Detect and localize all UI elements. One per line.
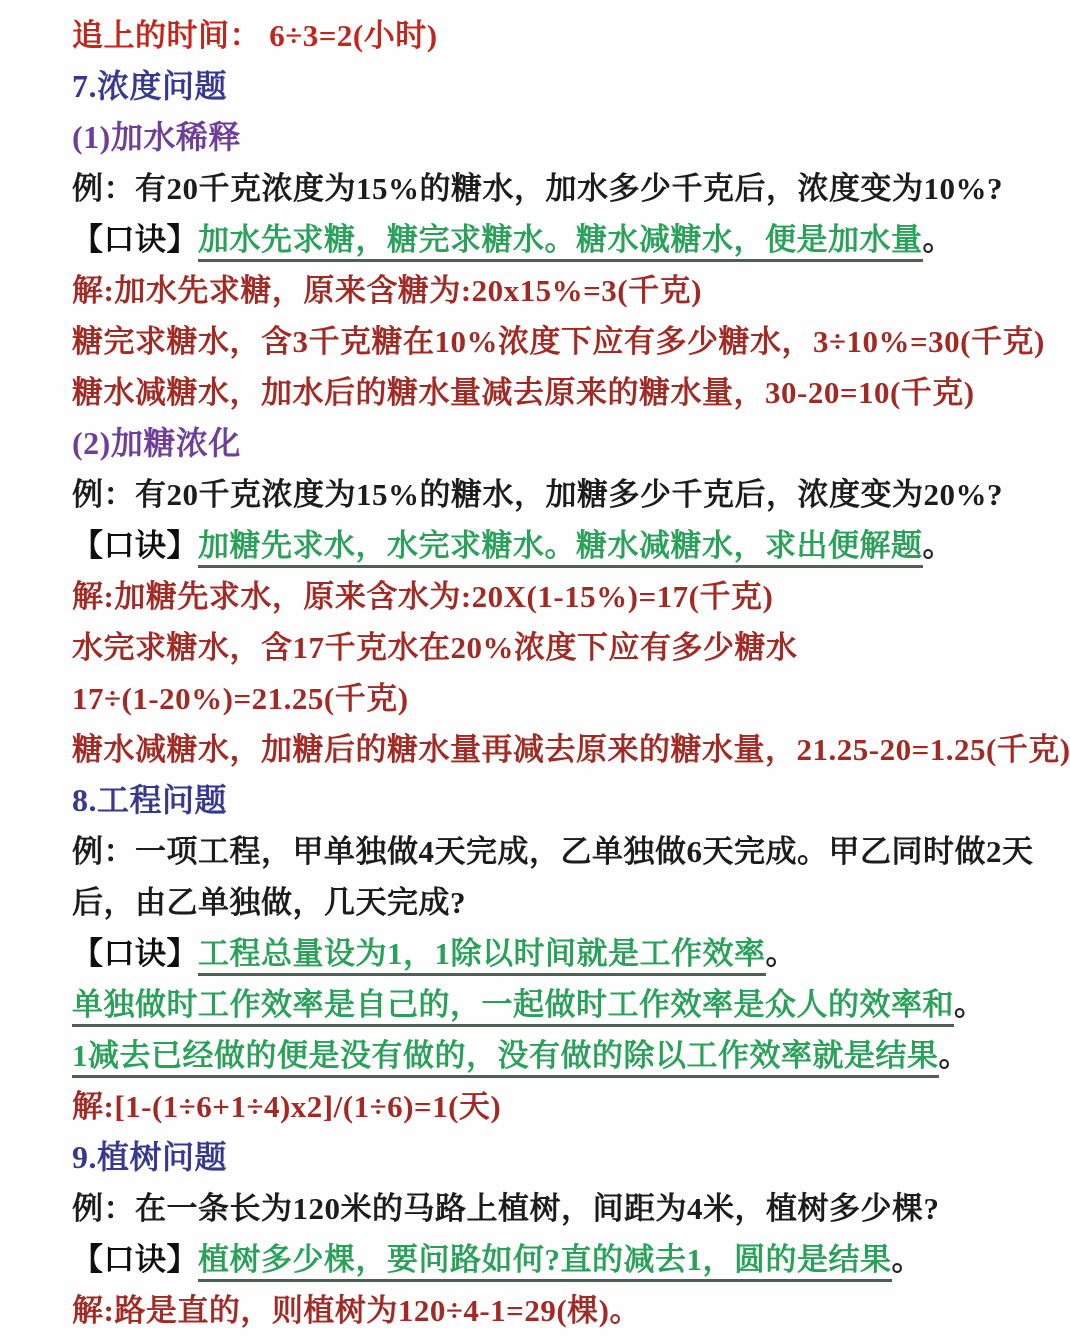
text-segment: 例：有20千克浓度为15%的糖水，加糖多少千克后，浓度变为20%? <box>72 477 1003 512</box>
text-segment: 7.浓度问题 <box>72 68 227 104</box>
section-9-heading: 9.植树问题 <box>72 1132 1015 1183</box>
mnemonic-engineering-1: 【口诀】工程总量设为1，1除以时间就是工作效率。 <box>72 928 1015 979</box>
example-engineering-line-1: 例：一项工程，甲单独做4天完成，乙单独做6天完成。甲乙同时做2天 <box>72 826 1015 877</box>
solution-concentration-3: 17÷(1-20%)=21.25(千克) <box>72 673 1015 724</box>
mnemonic-engineering-3: 1减去已经做的便是没有做的，没有做的除以工作效率就是结果。 <box>72 1030 1015 1081</box>
text-segment: 1减去已经做的便是没有做的，没有做的除以工作效率就是结果 <box>72 1038 939 1078</box>
text-segment: 【口诀】 <box>72 528 198 563</box>
text-segment: 追上的时间： 6÷3=2(小时) <box>72 18 438 53</box>
text-segment: 例：一项工程，甲单独做4天完成，乙单独做6天完成。甲乙同时做2天 <box>72 834 1034 869</box>
example-tree-planting: 例：在一条长为120米的马路上植树，间距为4米，植树多少棵? <box>72 1183 1015 1234</box>
chase-time-answer: 追上的时间： 6÷3=2(小时) <box>72 10 1015 61</box>
subsection-2-heading: (2)加糖浓化 <box>72 418 1015 469</box>
text-segment: 水完求糖水，含17千克水在20%浓度下应有多少糖水 <box>72 630 798 665</box>
text-segment: 解:加糖先求水，原来含水为:20X(1-15%)=17(千克) <box>72 579 773 614</box>
text-segment: 。 <box>923 528 955 563</box>
text-segment: 【口诀】 <box>72 1242 198 1277</box>
section-8-heading: 8.工程问题 <box>72 775 1015 826</box>
text-segment: 后，由乙单独做，几天完成? <box>72 885 466 920</box>
text-segment: 解:加水先求糖，原来含糖为:20x15%=3(千克) <box>72 273 702 308</box>
solution-concentration-2: 水完求糖水，含17千克水在20%浓度下应有多少糖水 <box>72 622 1015 673</box>
text-segment: 例：有20千克浓度为15%的糖水，加水多少千克后，浓度变为10%? <box>72 171 1003 206</box>
text-segment: 。 <box>892 1242 924 1277</box>
text-segment: 加水先求糖，糖完求糖水。糖水减糖水，便是加水量 <box>198 222 923 262</box>
text-segment: 17÷(1-20%)=21.25(千克) <box>72 681 409 716</box>
solution-tree-planting: 解:路是直的，则植树为120÷4-1=29(棵)。 <box>72 1285 1015 1336</box>
solution-concentration-4: 糖水减糖水，加糖后的糖水量再减去原来的糖水量，21.25-20=1.25(千克) <box>72 724 1015 775</box>
text-segment: 工程总量设为1，1除以时间就是工作效率 <box>198 936 766 976</box>
text-segment: 解:路是直的，则植树为120÷4-1=29(棵)。 <box>72 1293 641 1328</box>
text-segment: 【口诀】 <box>72 936 198 971</box>
mnemonic-tree-planting: 【口诀】植树多少棵，要问路如何?直的减去1，圆的是结果。 <box>72 1234 1015 1285</box>
text-segment: 【口诀】 <box>72 222 198 257</box>
mnemonic-dilution: 【口诀】加水先求糖，糖完求糖水。糖水减糖水，便是加水量。 <box>72 214 1015 265</box>
mnemonic-engineering-2: 单独做时工作效率是自己的，一起做时工作效率是众人的效率和。 <box>72 979 1015 1030</box>
study-notes-page: 追上的时间： 6÷3=2(小时)7.浓度问题(1)加水稀释例：有20千克浓度为1… <box>0 0 1070 1344</box>
example-dilution: 例：有20千克浓度为15%的糖水，加水多少千克后，浓度变为10%? <box>72 163 1015 214</box>
text-segment: 解:[1-(1÷6+1÷4)x2]/(1÷6)=1(天) <box>72 1089 501 1124</box>
subsection-1-heading: (1)加水稀释 <box>72 112 1015 163</box>
text-segment: 例：在一条长为120米的马路上植树，间距为4米，植树多少棵? <box>72 1191 940 1226</box>
text-segment: 。 <box>766 936 798 971</box>
solution-dilution-2: 糖完求糖水，含3千克糖在10%浓度下应有多少糖水，3÷10%=30(千克) <box>72 316 1015 367</box>
mnemonic-concentration: 【口诀】加糖先求水，水完求糖水。糖水减糖水，求出便解题。 <box>72 520 1015 571</box>
text-segment: 糖完求糖水，含3千克糖在10%浓度下应有多少糖水，3÷10%=30(千克) <box>72 324 1045 359</box>
text-segment: 9.植树问题 <box>72 1139 227 1175</box>
text-segment: 。 <box>954 987 986 1022</box>
text-segment: (1)加水稀释 <box>72 119 241 155</box>
text-segment: 。 <box>923 222 955 257</box>
text-segment: 。 <box>939 1038 971 1073</box>
example-engineering-line-2: 后，由乙单独做，几天完成? <box>72 877 1015 928</box>
example-concentration: 例：有20千克浓度为15%的糖水，加糖多少千克后，浓度变为20%? <box>72 469 1015 520</box>
text-segment: (2)加糖浓化 <box>72 425 241 461</box>
solution-dilution-3: 糖水减糖水，加水后的糖水量减去原来的糖水量，30-20=10(千克) <box>72 367 1015 418</box>
solution-dilution-1: 解:加水先求糖，原来含糖为:20x15%=3(千克) <box>72 265 1015 316</box>
solution-engineering: 解:[1-(1÷6+1÷4)x2]/(1÷6)=1(天) <box>72 1081 1015 1132</box>
section-7-heading: 7.浓度问题 <box>72 61 1015 112</box>
text-segment: 糖水减糖水，加水后的糖水量减去原来的糖水量，30-20=10(千克) <box>72 375 975 410</box>
text-segment: 8.工程问题 <box>72 782 227 818</box>
text-segment: 植树多少棵，要问路如何?直的减去1，圆的是结果 <box>198 1242 892 1282</box>
solution-concentration-1: 解:加糖先求水，原来含水为:20X(1-15%)=17(千克) <box>72 571 1015 622</box>
text-segment: 加糖先求水，水完求糖水。糖水减糖水，求出便解题 <box>198 528 923 568</box>
text-segment: 单独做时工作效率是自己的，一起做时工作效率是众人的效率和 <box>72 987 954 1027</box>
text-segment: 糖水减糖水，加糖后的糖水量再减去原来的糖水量，21.25-20=1.25(千克) <box>72 732 1070 767</box>
